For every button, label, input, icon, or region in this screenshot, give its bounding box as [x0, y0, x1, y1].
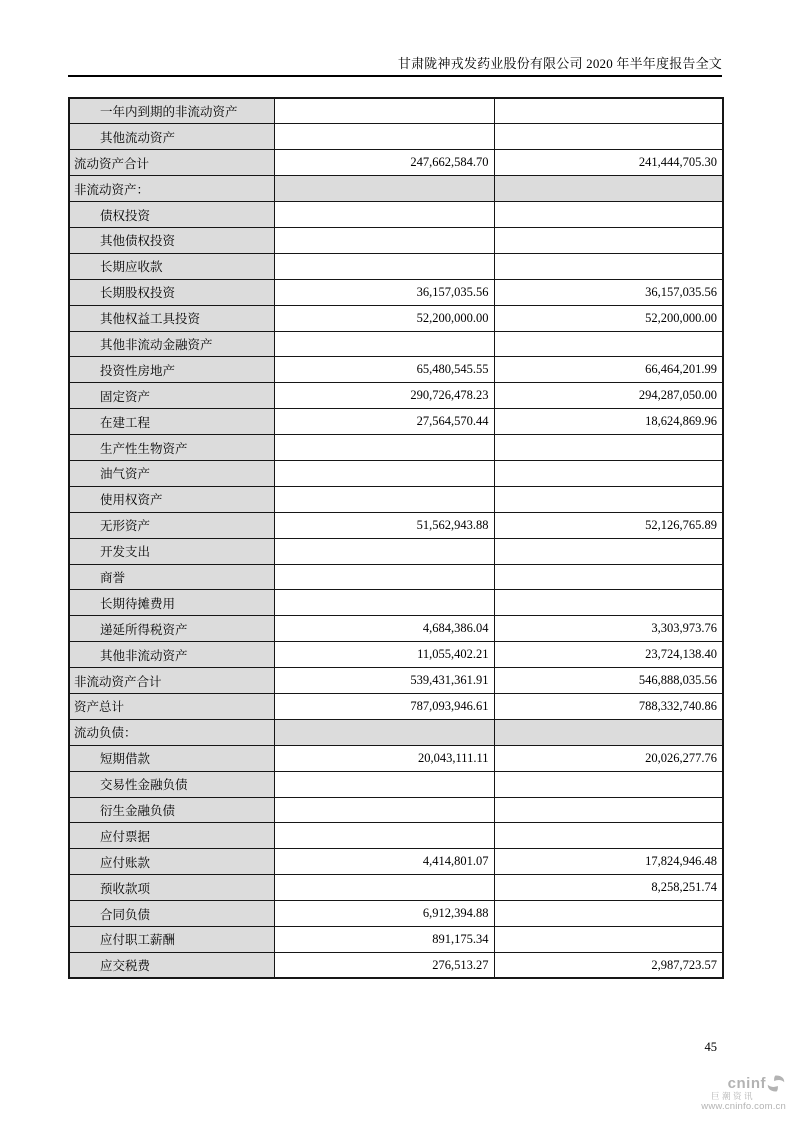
value-period-end: 36,157,035.56	[274, 279, 494, 305]
row-label: 长期应收款	[69, 253, 274, 279]
row-label: 一年内到期的非流动资产	[69, 98, 274, 124]
value-period-begin	[494, 927, 723, 953]
cninfo-swirl-icon	[766, 1075, 786, 1092]
table-row: 长期应收款	[69, 253, 723, 279]
table-row: 其他非流动金融资产	[69, 331, 723, 357]
table-row: 预收款项8,258,251.74	[69, 875, 723, 901]
row-label: 应付职工薪酬	[69, 927, 274, 953]
value-period-end	[274, 253, 494, 279]
row-label: 其他权益工具投资	[69, 305, 274, 331]
value-period-end	[274, 331, 494, 357]
row-label: 其他流动资产	[69, 124, 274, 150]
page-number: 45	[705, 1040, 718, 1055]
value-period-begin	[494, 435, 723, 461]
section-row: 非流动资产：	[69, 176, 723, 202]
table-row: 使用权资产	[69, 486, 723, 512]
value-period-begin: 8,258,251.74	[494, 875, 723, 901]
value-period-begin: 17,824,946.48	[494, 849, 723, 875]
value-period-end	[274, 202, 494, 228]
value-period-end: 4,684,386.04	[274, 616, 494, 642]
value-period-end: 6,912,394.88	[274, 901, 494, 927]
table-row: 应付账款4,414,801.0717,824,946.48	[69, 849, 723, 875]
value-period-begin	[494, 176, 723, 202]
table-row: 其他权益工具投资52,200,000.0052,200,000.00	[69, 305, 723, 331]
row-label: 固定资产	[69, 383, 274, 409]
value-period-begin: 2,987,723.57	[494, 952, 723, 978]
row-label: 长期股权投资	[69, 279, 274, 305]
value-period-begin: 52,126,765.89	[494, 512, 723, 538]
value-period-end: 20,043,111.11	[274, 745, 494, 771]
report-page: 甘肃陇神戎发药业股份有限公司 2020 年半年度报告全文 一年内到期的非流动资产…	[0, 0, 793, 1122]
value-period-end	[274, 227, 494, 253]
table-row: 开发支出	[69, 538, 723, 564]
value-period-end: 891,175.34	[274, 927, 494, 953]
row-label: 衍生金融负债	[69, 797, 274, 823]
row-label: 资产总计	[69, 693, 274, 719]
value-period-begin	[494, 486, 723, 512]
value-period-end: 247,662,584.70	[274, 150, 494, 176]
value-period-end: 11,055,402.21	[274, 642, 494, 668]
value-period-begin	[494, 538, 723, 564]
table-row: 其他非流动资产11,055,402.2123,724,138.40	[69, 642, 723, 668]
value-period-begin: 66,464,201.99	[494, 357, 723, 383]
cninfo-logo-row: cninf	[696, 1075, 786, 1092]
value-period-begin	[494, 823, 723, 849]
value-period-begin: 546,888,035.56	[494, 668, 723, 694]
row-label: 短期借款	[69, 745, 274, 771]
value-period-begin	[494, 202, 723, 228]
row-label: 应交税费	[69, 952, 274, 978]
table-row: 递延所得税资产4,684,386.043,303,973.76	[69, 616, 723, 642]
row-label: 油气资产	[69, 460, 274, 486]
value-period-begin	[494, 719, 723, 745]
table-row: 油气资产	[69, 460, 723, 486]
table-row: 资产总计787,093,946.61788,332,740.86	[69, 693, 723, 719]
balance-sheet-table: 一年内到期的非流动资产其他流动资产流动资产合计247,662,584.70241…	[68, 97, 724, 979]
value-period-end: 27,564,570.44	[274, 409, 494, 435]
row-label: 开发支出	[69, 538, 274, 564]
value-period-end	[274, 538, 494, 564]
table-row: 交易性金融负债	[69, 771, 723, 797]
table-row: 应交税费276,513.272,987,723.57	[69, 952, 723, 978]
value-period-end: 52,200,000.00	[274, 305, 494, 331]
table-row: 流动资产合计247,662,584.70241,444,705.30	[69, 150, 723, 176]
value-period-begin	[494, 901, 723, 927]
table-row: 其他债权投资	[69, 227, 723, 253]
table-row: 合同负债6,912,394.88	[69, 901, 723, 927]
row-label: 其他非流动金融资产	[69, 331, 274, 357]
cninfo-brand-cn: 巨潮资讯	[696, 1092, 786, 1101]
row-label: 在建工程	[69, 409, 274, 435]
row-label: 流动负债：	[69, 719, 274, 745]
value-period-begin	[494, 331, 723, 357]
value-period-begin	[494, 460, 723, 486]
row-label: 长期待摊费用	[69, 590, 274, 616]
value-period-begin: 23,724,138.40	[494, 642, 723, 668]
row-label: 交易性金融负债	[69, 771, 274, 797]
value-period-end	[274, 823, 494, 849]
cninfo-logo: cninf 巨潮资讯 www.cninfo.com.cn	[696, 1075, 786, 1113]
header-rule	[68, 75, 722, 77]
value-period-begin	[494, 227, 723, 253]
value-period-end	[274, 590, 494, 616]
value-period-begin: 241,444,705.30	[494, 150, 723, 176]
table-row: 生产性生物资产	[69, 435, 723, 461]
row-label: 合同负债	[69, 901, 274, 927]
value-period-end: 539,431,361.91	[274, 668, 494, 694]
value-period-begin	[494, 98, 723, 124]
table-row: 长期股权投资36,157,035.5636,157,035.56	[69, 279, 723, 305]
row-label: 无形资产	[69, 512, 274, 538]
value-period-end: 787,093,946.61	[274, 693, 494, 719]
table-row: 衍生金融负债	[69, 797, 723, 823]
value-period-end	[274, 435, 494, 461]
row-label: 投资性房地产	[69, 357, 274, 383]
header-title: 甘肃陇神戎发药业股份有限公司 2020 年半年度报告全文	[398, 56, 722, 71]
row-label: 非流动资产合计	[69, 668, 274, 694]
value-period-begin: 20,026,277.76	[494, 745, 723, 771]
value-period-begin: 36,157,035.56	[494, 279, 723, 305]
row-label: 预收款项	[69, 875, 274, 901]
value-period-end	[274, 176, 494, 202]
value-period-begin	[494, 771, 723, 797]
table-row: 固定资产290,726,478.23294,287,050.00	[69, 383, 723, 409]
value-period-end	[274, 875, 494, 901]
value-period-end: 4,414,801.07	[274, 849, 494, 875]
value-period-end	[274, 797, 494, 823]
cninfo-url: www.cninfo.com.cn	[696, 1101, 786, 1112]
value-period-end	[274, 460, 494, 486]
page-header: 甘肃陇神戎发药业股份有限公司 2020 年半年度报告全文	[68, 53, 722, 72]
value-period-end	[274, 719, 494, 745]
table-row: 长期待摊费用	[69, 590, 723, 616]
value-period-end: 51,562,943.88	[274, 512, 494, 538]
value-period-end	[274, 564, 494, 590]
value-period-end	[274, 98, 494, 124]
table-row: 投资性房地产65,480,545.5566,464,201.99	[69, 357, 723, 383]
value-period-begin: 52,200,000.00	[494, 305, 723, 331]
value-period-end: 276,513.27	[274, 952, 494, 978]
value-period-end	[274, 486, 494, 512]
row-label: 应付账款	[69, 849, 274, 875]
value-period-begin	[494, 124, 723, 150]
value-period-begin: 18,624,869.96	[494, 409, 723, 435]
value-period-begin: 3,303,973.76	[494, 616, 723, 642]
row-label: 债权投资	[69, 202, 274, 228]
table-row: 在建工程27,564,570.4418,624,869.96	[69, 409, 723, 435]
table-row: 一年内到期的非流动资产	[69, 98, 723, 124]
value-period-begin: 294,287,050.00	[494, 383, 723, 409]
value-period-begin: 788,332,740.86	[494, 693, 723, 719]
row-label: 非流动资产：	[69, 176, 274, 202]
value-period-begin	[494, 253, 723, 279]
table-row: 无形资产51,562,943.8852,126,765.89	[69, 512, 723, 538]
row-label: 使用权资产	[69, 486, 274, 512]
row-label: 商誉	[69, 564, 274, 590]
table-row: 商誉	[69, 564, 723, 590]
balance-sheet-body: 一年内到期的非流动资产其他流动资产流动资产合计247,662,584.70241…	[69, 98, 723, 978]
table-row: 应付职工薪酬891,175.34	[69, 927, 723, 953]
row-label: 流动资产合计	[69, 150, 274, 176]
row-label: 应付票据	[69, 823, 274, 849]
value-period-begin	[494, 797, 723, 823]
row-label: 其他非流动资产	[69, 642, 274, 668]
value-period-end	[274, 771, 494, 797]
cninfo-brand-text: cninf	[728, 1076, 766, 1091]
section-row: 流动负债：	[69, 719, 723, 745]
table-row: 其他流动资产	[69, 124, 723, 150]
row-label: 递延所得税资产	[69, 616, 274, 642]
table-row: 非流动资产合计539,431,361.91546,888,035.56	[69, 668, 723, 694]
table-row: 债权投资	[69, 202, 723, 228]
table-row: 应付票据	[69, 823, 723, 849]
value-period-begin	[494, 590, 723, 616]
table-row: 短期借款20,043,111.1120,026,277.76	[69, 745, 723, 771]
row-label: 其他债权投资	[69, 227, 274, 253]
value-period-end: 290,726,478.23	[274, 383, 494, 409]
value-period-end	[274, 124, 494, 150]
value-period-begin	[494, 564, 723, 590]
value-period-end: 65,480,545.55	[274, 357, 494, 383]
row-label: 生产性生物资产	[69, 435, 274, 461]
